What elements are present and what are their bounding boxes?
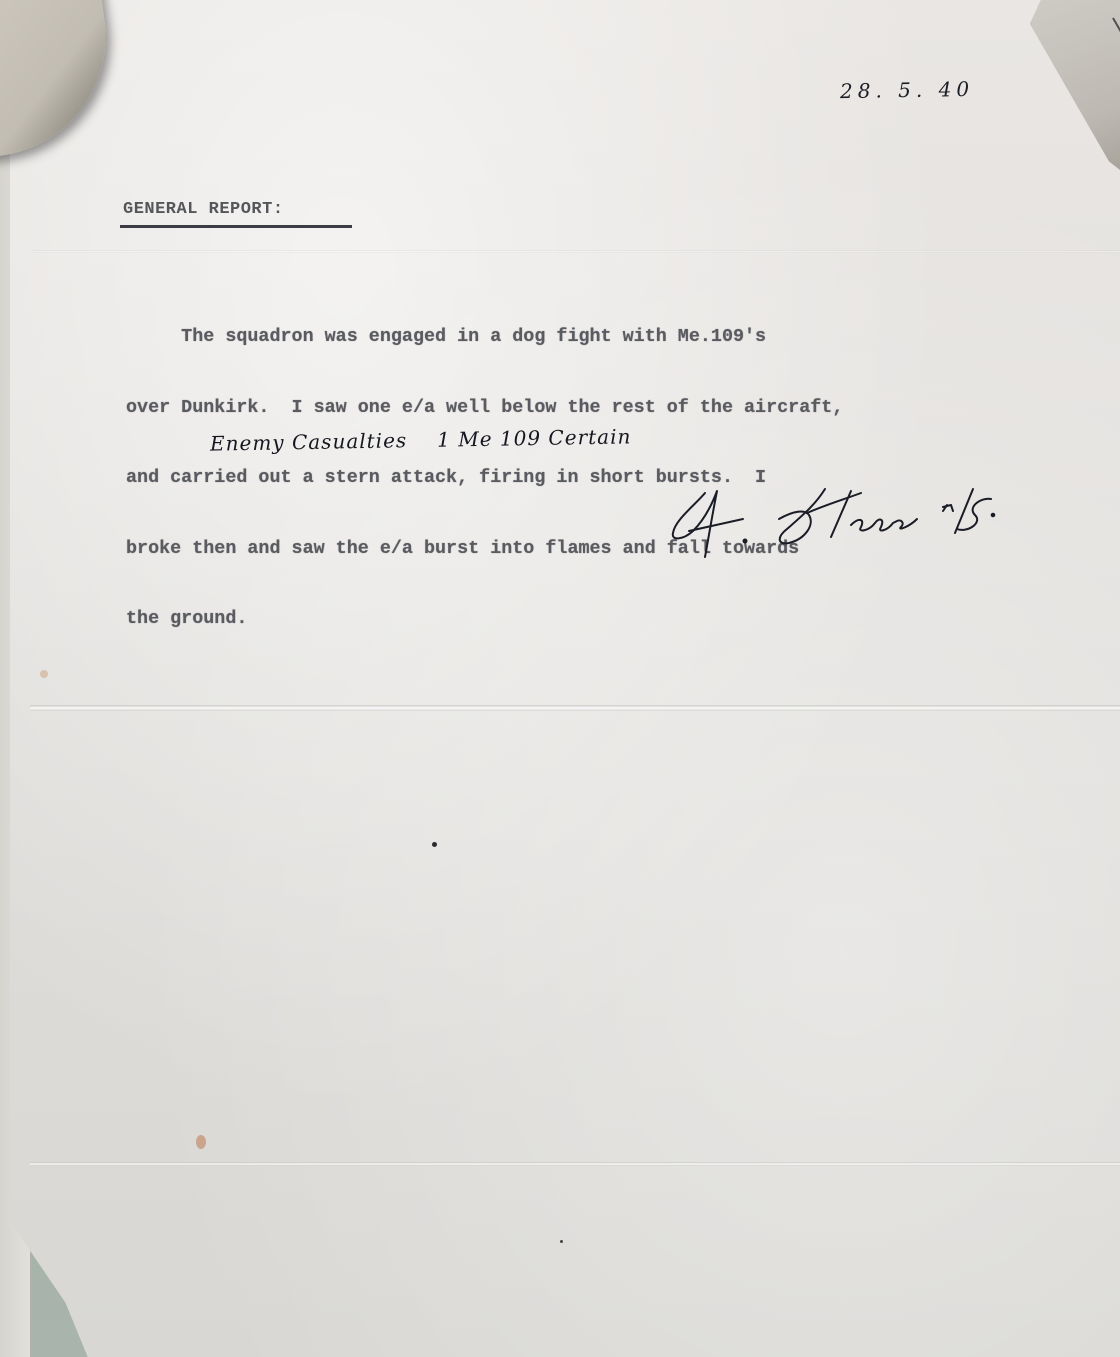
foxing-stain <box>40 670 48 678</box>
report-line: the ground. <box>126 607 1106 631</box>
report-line: The squadron was engaged in a dog fight … <box>126 325 1106 349</box>
fold-crease <box>30 1162 1120 1166</box>
fold-crease <box>30 705 1120 711</box>
annotation-label: Enemy Casualties <box>210 428 408 455</box>
foxing-stain <box>196 1135 206 1149</box>
heading-underline <box>120 225 352 228</box>
signature-scrawl-icon <box>665 485 1005 565</box>
ink-speck <box>560 1240 563 1243</box>
annotation-value: 1 Me 109 Certain <box>437 424 632 451</box>
report-line: over Dunkirk. I saw one e/a well below t… <box>126 396 1106 420</box>
report-body: The squadron was engaged in a dog fight … <box>126 278 1106 654</box>
handwritten-date: 28. 5. 40 <box>840 77 974 103</box>
ink-speck <box>432 842 437 847</box>
report-heading: GENERAL REPORT: <box>123 200 284 219</box>
signature: A. Steere F/S. <box>665 485 1005 565</box>
fold-crease <box>30 250 1120 253</box>
